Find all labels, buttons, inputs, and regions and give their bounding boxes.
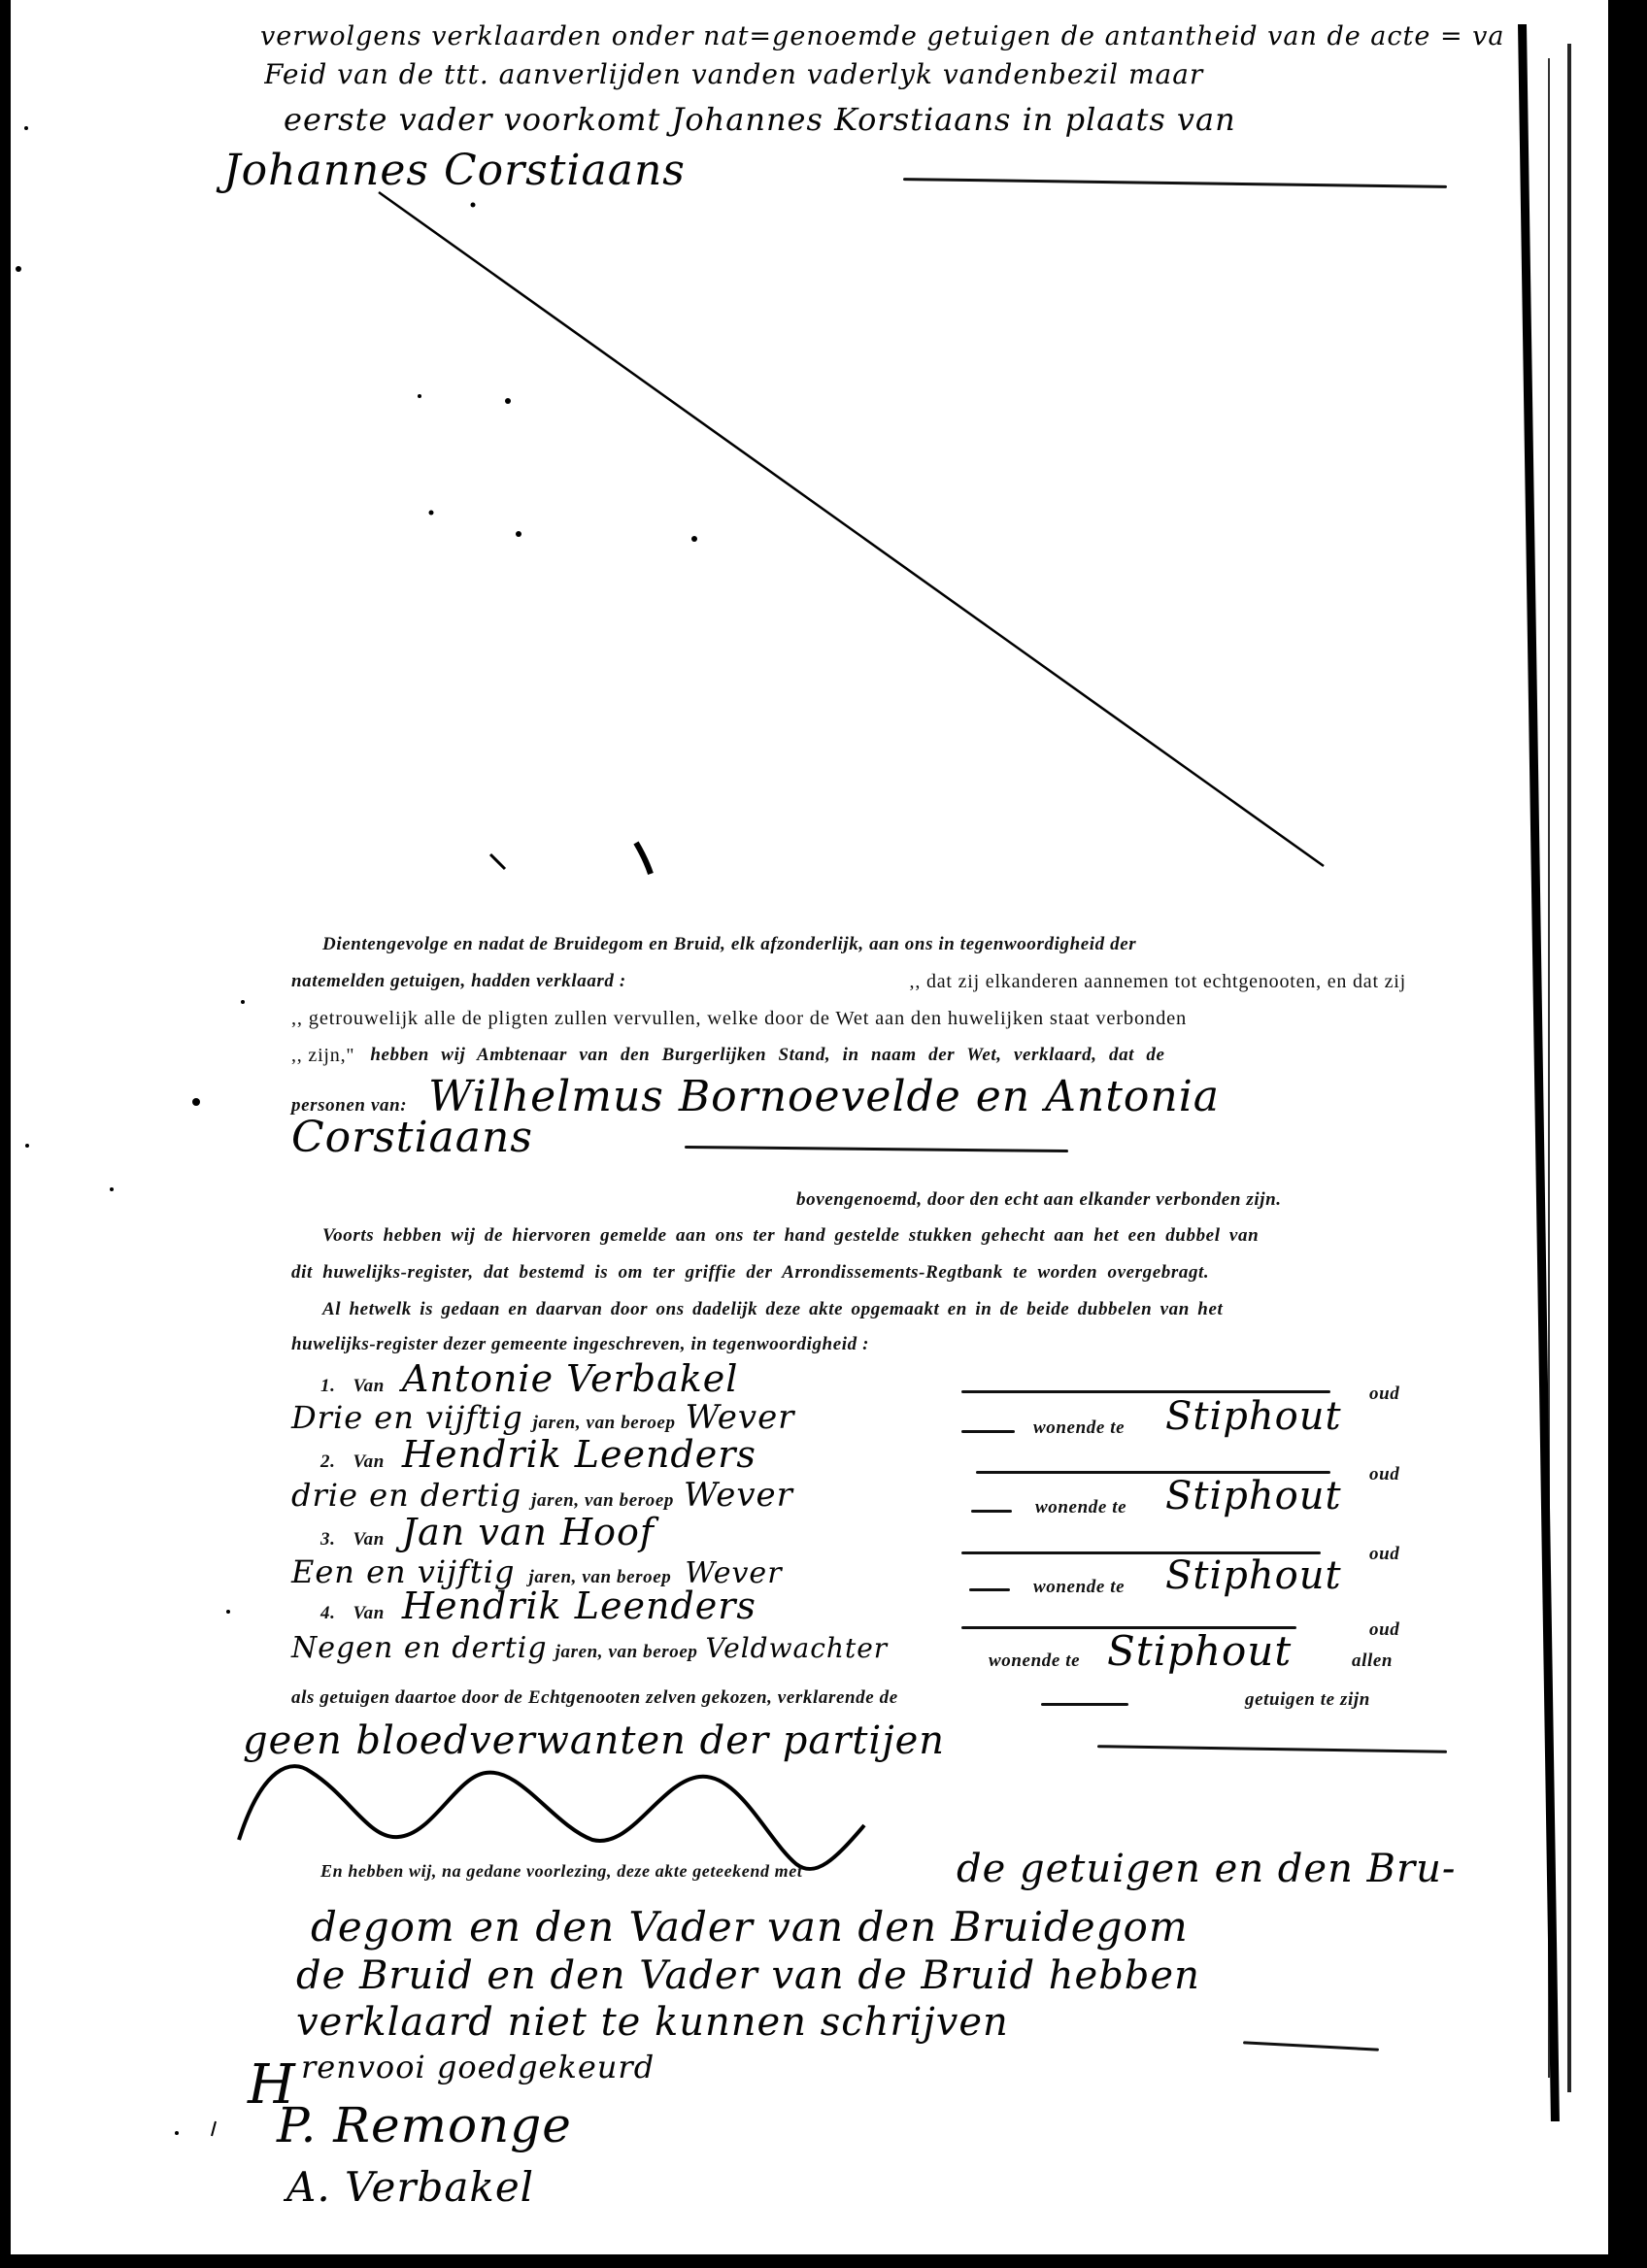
- scanned-register-page: verwolgens verklaarden onder nat=genoemd…: [0, 0, 1647, 2268]
- scan-specks: [0, 0, 1647, 2268]
